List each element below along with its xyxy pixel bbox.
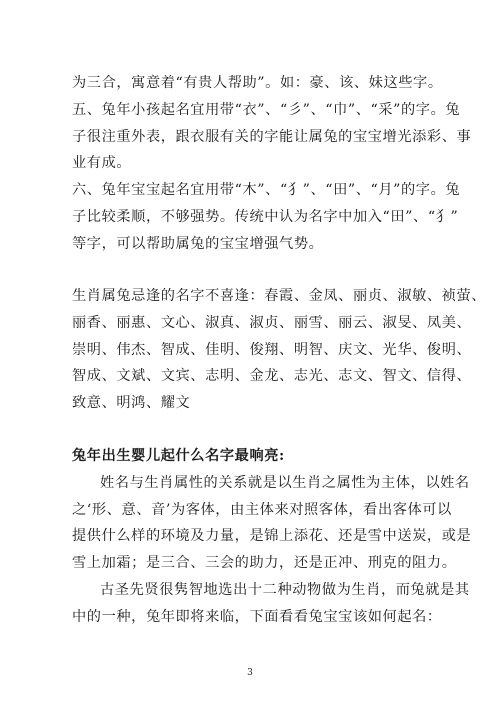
text-line: 提供什么样的环境及力量，是锦上添花、还是雪中送炭，或是 [72,523,444,550]
text-line: 智成、文斌、文宾、志明、金龙、志光、志文、智文、信得、 [72,363,444,390]
text-line: 生肖属兔忌逢的名字不喜逢：春霞、金凤、丽贞、淑敏、祯萤、 [72,283,444,310]
text-line: 为三合，寓意着“有贵人帮助”。如：豪、该、妹这些字。 [72,70,444,97]
text-line: 五、兔年小孩起名宜用带“衣”、“彡”、“巾”、“采”的字。兔 [72,97,444,124]
text-line: 业有成。 [72,150,444,177]
text-line: 姓名与生肖属性的关系就是以生肖之属性为主体，以姓名 [72,470,444,497]
text-line: 子比较柔顺，不够强势。传统中认为名字中加入“田”、“犭” [72,204,444,231]
text-line: 崇明、伟杰、智成、佳明、俊翔、明智、庆文、光华、俊明、 [72,337,444,364]
text-line: 古圣先贤很隽智地选出十二种动物做为生肖，而兔就是其 [72,577,444,604]
section-heading: 兔年出生婴儿起什么名字最响亮: [72,443,444,470]
text-line: 子很注重外表，跟衣服有关的字能让属兔的宝宝增光添彩、事 [72,124,444,151]
text-line: 中的一种，兔年即将来临，下面看看兔宝宝该如何起名： [72,604,444,631]
document-page: 为三合，寓意着“有贵人帮助”。如：豪、该、妹这些字。 五、兔年小孩起名宜用带“衣… [0,0,500,707]
text-line: 丽香、丽惠、文心、淑真、淑贞、丽雪、丽云、淑旻、凤美、 [72,310,444,337]
text-line: 六、兔年宝宝起名宜用带“木”、“犭”、“田”、“月”的字。兔 [72,177,444,204]
page-number: 3 [0,668,500,678]
text-line: 之‘形、意、音’为客体，由主体来对照客体，看出客体可以 [72,497,444,524]
rabbit-characters-section: 为三合，寓意着“有贵人帮助”。如：豪、该、妹这些字。 五、兔年小孩起名宜用带“衣… [72,70,444,258]
text-line: 雪上加霜；是三合、三会的助力，还是正冲、刑克的阻力。 [72,550,444,577]
text-line: 等字，可以帮助属兔的宝宝增强气势。 [72,231,444,258]
avoid-names-section: 生肖属兔忌逢的名字不喜逢：春霞、金凤、丽贞、淑敏、祯萤、 丽香、丽惠、文心、淑真… [72,283,444,417]
text-line: 致意、明鸿、耀文 [72,390,444,417]
best-names-section: 兔年出生婴儿起什么名字最响亮: 姓名与生肖属性的关系就是以生肖之属性为主体，以姓… [72,443,444,631]
